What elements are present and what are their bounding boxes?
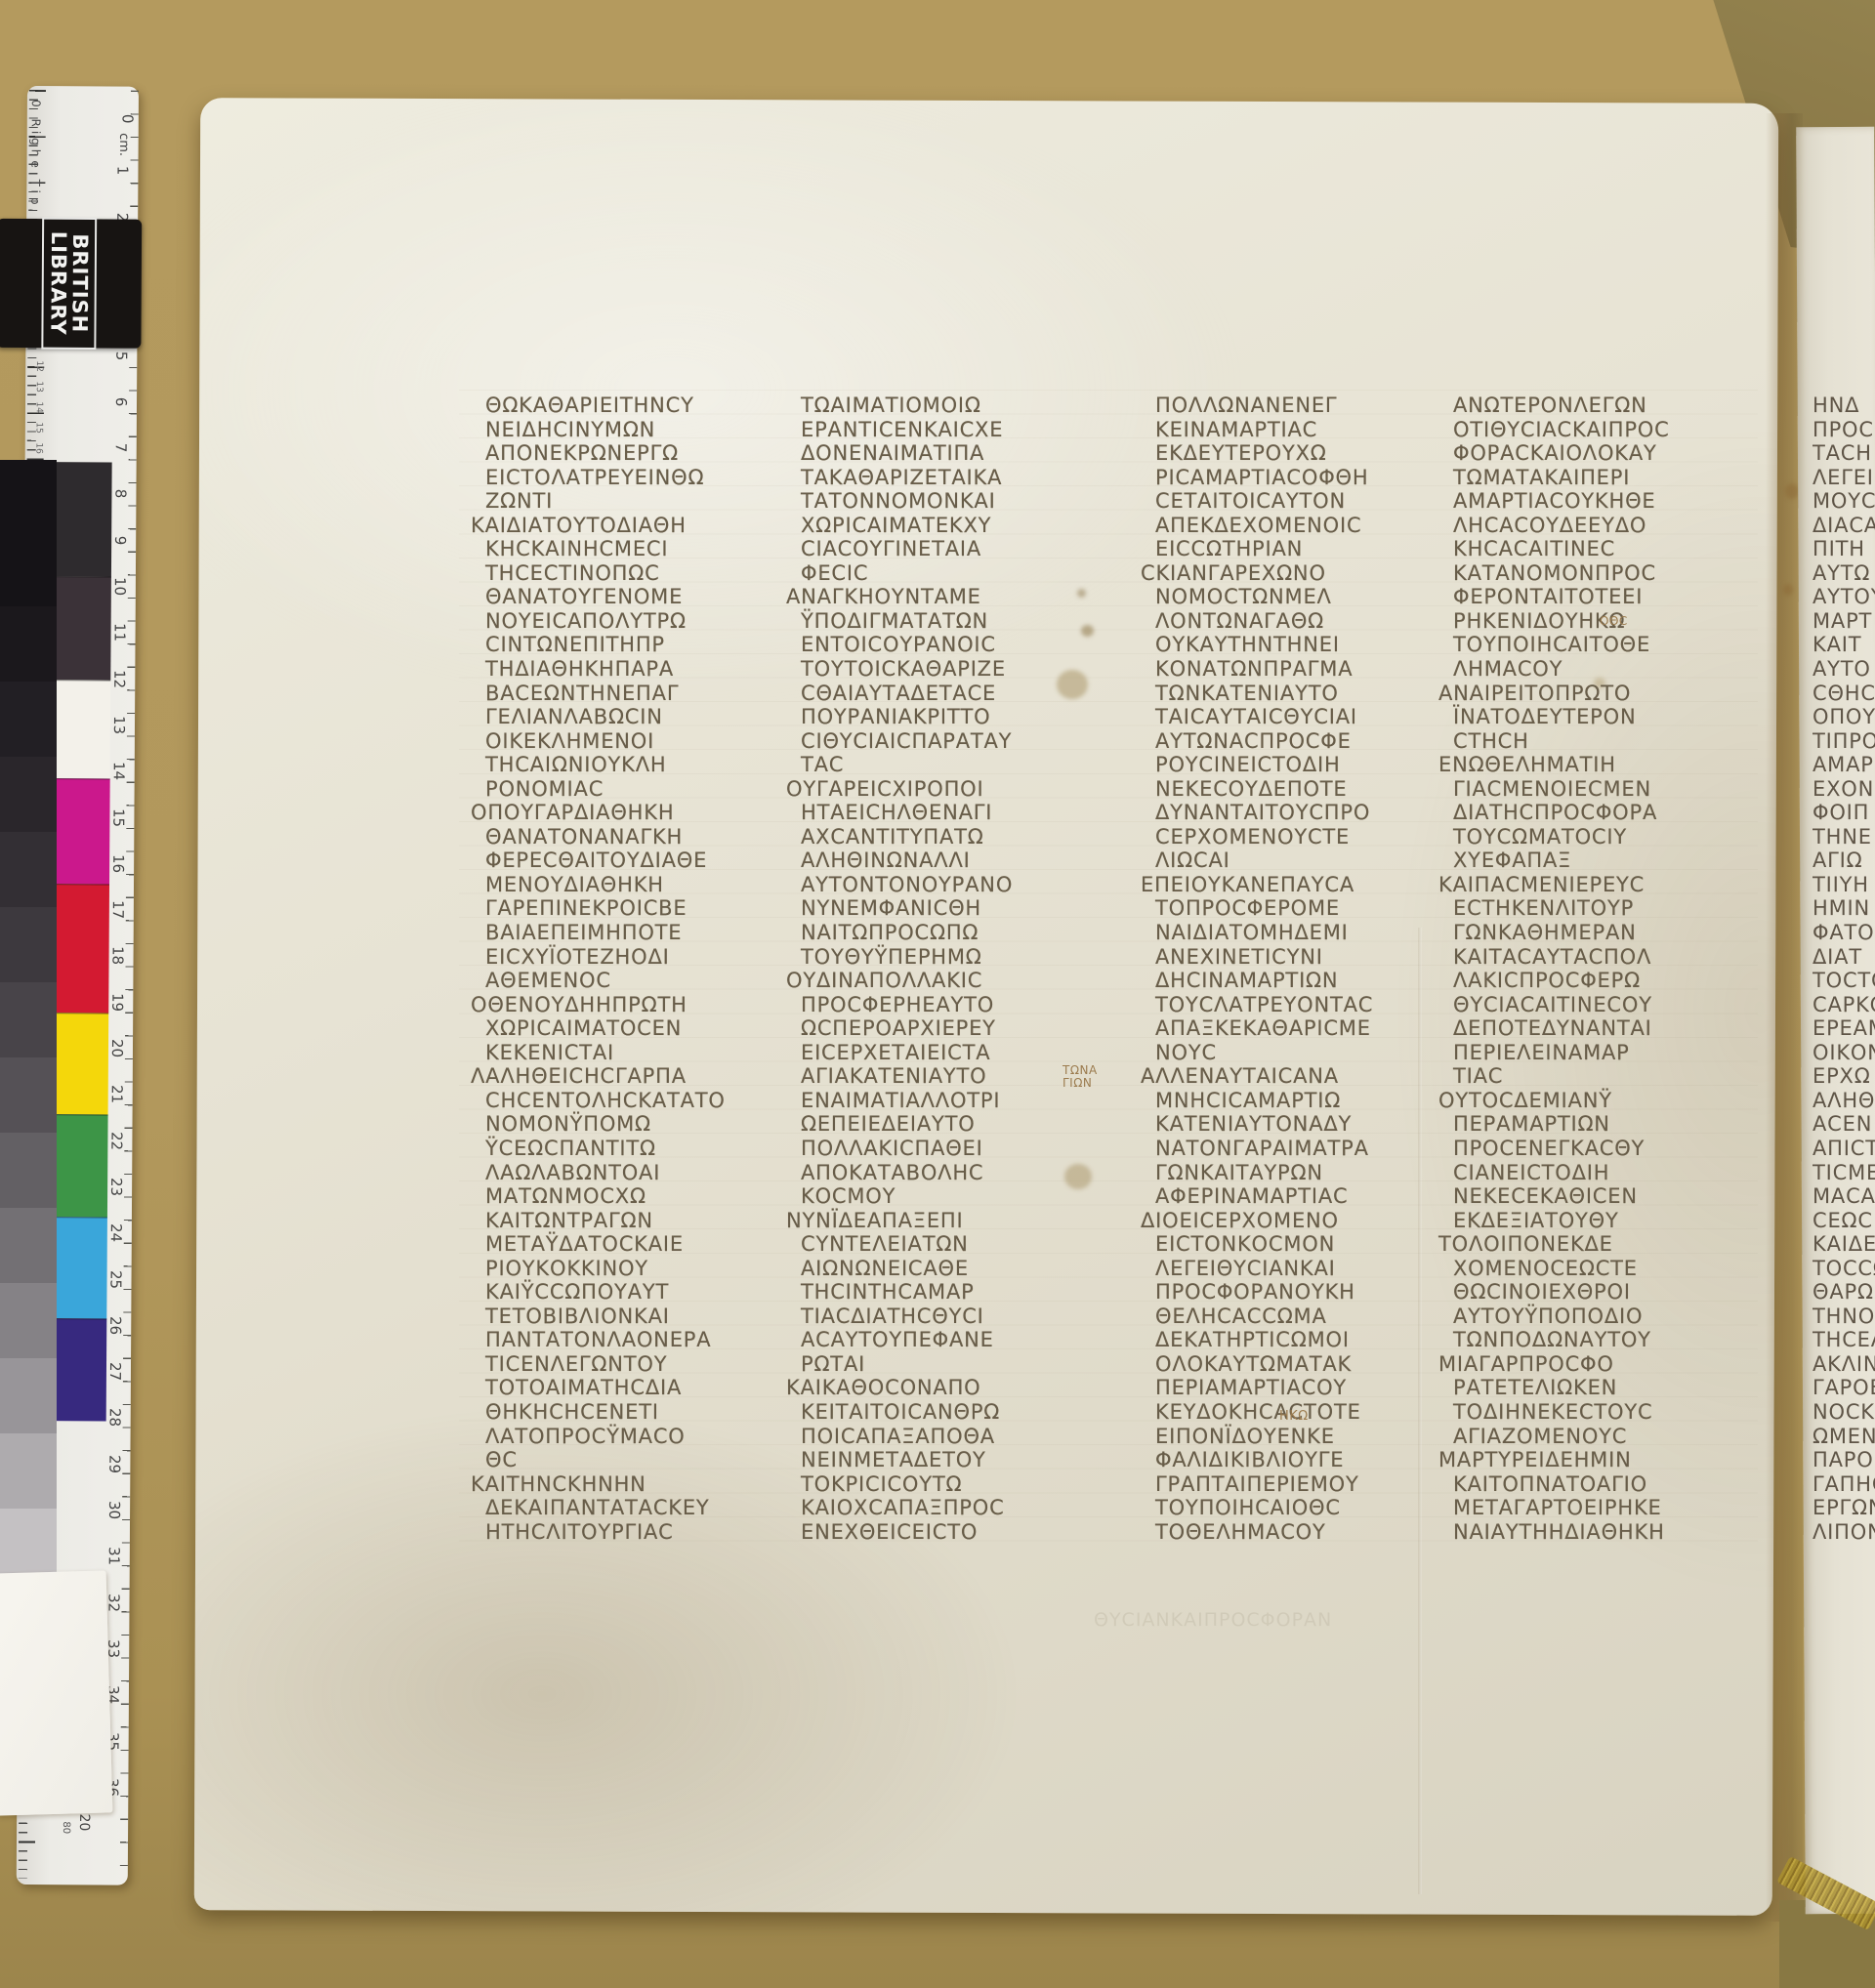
text-line: ΤΙCΜΕ <box>1812 1161 1875 1185</box>
text-line: ΑΛΗΘΙ <box>1812 1089 1875 1113</box>
text-line: ΤΩΝΚΑΤΕΝΙΑΥΤΟ <box>1155 682 1466 706</box>
manuscript-photo-scene: ΘΩΚΑΘΑΡΙΕΙΤΗΝCΥΝΕΙΔΗCΙΝΥΜΩΝΑΠΟΝΕΚΡΩΝΕΡΓΩ… <box>0 0 1875 1988</box>
text-line: ΚΕΙΤΑΙΤΟΙCΑΝΘΡΩ <box>801 1400 1111 1425</box>
ruler-bottom-number: 80 <box>61 1821 71 1834</box>
gray-step <box>0 606 57 682</box>
text-line: CΤΗCΗ <box>1453 729 1764 754</box>
text-line: ΕΙCΧΥΪΟΤΕΖΗΟΔΙ <box>485 945 796 970</box>
text-line: ΤΑΚΑΘΑΡΙΖΕΤΑΙΚΑ <box>801 466 1111 490</box>
ruler-cm-number: 28 <box>106 1407 124 1429</box>
text-line: ΤΙΠΡΟ <box>1812 729 1875 754</box>
text-line: ΟΠΟΥ <box>1812 705 1875 729</box>
text-line: ΕΡΑΝΤΙCΕΝΚΑΙCΧΕ <box>801 418 1111 442</box>
text-line: ΝΟCΚΑ <box>1812 1400 1875 1425</box>
text-line: ΓΕΛΙΑΝΛΑΒΩCΙΝ <box>485 705 796 729</box>
text-line: ΤΗΝΕ <box>1812 825 1875 849</box>
text-line: ΔΙΑΤ <box>1812 945 1875 970</box>
text-line: ΫΠΟΔΙΓΜΑΤΑΤΩΝ <box>801 609 1111 634</box>
gray-step <box>0 832 57 907</box>
text-line: ΫCΕΩCΠΑΝΤΙΤΩ <box>485 1137 796 1161</box>
text-line: ΓΙΑCΜΕΝΟΙΕCΜΕΝ <box>1453 777 1764 802</box>
ruler-zero-label: 0 <box>119 114 137 124</box>
text-line: ΦΕCΙC <box>801 561 1111 586</box>
text-line: ΝΑΙΤΩΠΡΟCΩΠΩ <box>801 921 1111 945</box>
text-line: ΠΕΡΙΑΜΑΡΤΙΑCΟΥ <box>1155 1376 1466 1400</box>
text-line: ΤΑΙCΑΥΤΑΙCΘΥCΙΑΙ <box>1155 705 1466 729</box>
gray-step <box>0 1208 57 1283</box>
text-line: ΤΑCΗ <box>1812 441 1875 466</box>
text-line: ΠΡΟCΕΝΕΓΚΑCΘΥ <box>1453 1137 1764 1161</box>
text-line: ΛΑΤΟΠΡΟCΫΜΑCΟ <box>485 1425 796 1449</box>
text-line: ΚΑΙΤΑCΑΥΤΑCΠΟΛ <box>1453 945 1764 970</box>
text-line: CΙΝΤΩΝΕΠΙΤΗΠΡ <box>485 633 796 657</box>
color-patch <box>48 884 109 1013</box>
text-line: ΒΑCΕΩΝΤΗΝΕΠΑΓ <box>485 682 796 706</box>
text-line: ΗΤΗCΛΙΤΟΥΡΓΙΑC <box>485 1520 796 1545</box>
text-line: ΦΟΡΑCΚΑΙΟΛΟΚΑΥ <box>1453 441 1764 466</box>
interlinear-correction: ΗΚΩ <box>1279 1410 1309 1423</box>
marginal-correction: ΤΩΝΑ ΓΙΩΝ <box>1062 1064 1098 1090</box>
ruler-cm-number: 24 <box>107 1222 125 1244</box>
text-line: ΔΙΟΕΙCΕΡΧΟΜΕΝΟ <box>1141 1209 1466 1233</box>
ruler-number-scale: 1234567891011121314151617181920212223242… <box>27 86 139 87</box>
marginal-correction-line: ΓΙΩΝ <box>1062 1077 1098 1090</box>
next-folio-text-edge: ΗΝΔΠΡΟCΤΑCΗΛΕΓΕΙΜΟΥCΔΙΑCΑΠΙΤΗΑΥΤΩΑΥΤΟΥΜΑ… <box>1812 393 1875 1544</box>
text-line: ΕΡΧΩ <box>1812 1064 1875 1089</box>
text-line: ΛΗCΑCΟΥΔΕΕΥΔΟ <box>1453 514 1764 538</box>
color-patch <box>49 778 110 884</box>
text-line: ΛΙΩCΑΙ <box>1155 849 1466 873</box>
text-line: CΚΙΑΝΓΑΡΕΧΩΝΟ <box>1141 561 1466 586</box>
text-line: ΤΗCΑΙΩΝΙΟΥΚΛΗ <box>485 753 796 777</box>
text-line: ΗΜΙΝ <box>1812 896 1875 921</box>
text-line: ΟΘΕΝΟΥΔΗΗΠΡΩΤΗ <box>471 993 796 1017</box>
text-line: ΑΙΩΝΩΝΕΙCΑΘΕ <box>801 1257 1111 1281</box>
british-library-logo-text: BRITISH LIBRARY <box>41 218 97 350</box>
text-line: ΤΟCΤΟ <box>1812 969 1875 993</box>
ruler-cm-number: 9 <box>111 529 129 551</box>
text-line: ΤΟΘΕΛΗΜΑCΟΥ <box>1155 1520 1466 1545</box>
grayscale-step-tablet <box>0 460 57 1594</box>
text-line: ΑΥΤΟΥ <box>1812 585 1875 609</box>
text-line: ΔΗCΙΝΑΜΑΡΤΙΩΝ <box>1155 969 1466 993</box>
text-line: ΚΑΙΔΙΑΤΟΥΤΟΔΙΑΘΗ <box>471 514 796 538</box>
interlinear-correction: ΟΘC <box>1600 615 1628 628</box>
text-line: ΤΑΤΟΝΝΟΜΟΝΚΑΙ <box>801 489 1111 514</box>
text-line: ΤΟΛΟΙΠΟΝΕΚΔΕ <box>1438 1232 1764 1257</box>
text-line: ΟΥΚΑΥΤΗΝΤΗΝΕΙ <box>1155 633 1466 657</box>
text-line: ΛΕΓΕΙ <box>1812 466 1875 490</box>
gray-step <box>0 1133 57 1208</box>
ruler-small-number: 14 <box>34 401 44 413</box>
ruler-cm-number: 27 <box>106 1361 124 1383</box>
text-line: ΚΑΙΤ <box>1812 633 1875 657</box>
text-line: ΕΧΟΝ <box>1812 777 1875 802</box>
text-line: ΧΩΡΙCΑΙΜΑΤΟCΕΝ <box>485 1016 796 1041</box>
text-line: ΘΥCΙΑCΑΙΤΙΝΕCΟΥ <box>1453 993 1764 1017</box>
text-line: ΤΗCΙΝΤΗCΑΜΑΡ <box>801 1280 1111 1305</box>
text-line: ΡΙΟΥΚΟΚΚΙΝΟΥ <box>485 1257 796 1281</box>
text-line: ΛΙΠΟΝ <box>1812 1520 1875 1545</box>
ruler-cm-number: 30 <box>105 1500 123 1521</box>
text-line: ΡΟΥCΙΝΕΙCΤΟΔΙΗ <box>1155 753 1466 777</box>
gray-step <box>0 1433 57 1509</box>
ruler-cm-number: 19 <box>108 991 126 1013</box>
text-line: ΑΠΟΝΕΚΡΩΝΕΡΓΩ <box>485 441 796 466</box>
text-line: ΚΑΙΤΩΝΤΡΑΓΩΝ <box>485 1209 796 1233</box>
text-line: ΑΠΑΞΚΕΚΑΘΑΡΙCΜΕ <box>1155 1016 1466 1041</box>
ruler-cm-number: 10 <box>111 576 129 598</box>
text-line: ΤΗCΕΛ <box>1812 1328 1875 1352</box>
text-line: ΟΛΟΚΑΥΤΩΜΑΤΑΚ <box>1155 1352 1466 1377</box>
british-library-logo: BRITISH LIBRARY <box>0 219 142 349</box>
text-line: CΕΩC <box>1812 1209 1875 1233</box>
text-line: ΑΥΤΟΝΤΟΝΟΥΡΑΝΟ <box>801 873 1111 897</box>
text-line: ΤΟΔΙΗΝΕΚΕCΤΟΥC <box>1453 1400 1764 1425</box>
text-line: ΕΙΠΟΝΪΔΟΥΕΝΚΕ <box>1155 1425 1466 1449</box>
text-column-1: ΘΩΚΑΘΑΡΙΕΙΤΗΝCΥΝΕΙΔΗCΙΝΥΜΩΝΑΠΟΝΕΚΡΩΝΕΡΓΩ… <box>485 393 796 1544</box>
text-line: ΑΛΗΘΙΝΩΝΑΛΛΙ <box>801 849 1111 873</box>
gray-step <box>0 1057 57 1133</box>
text-line: ΛΗΜΑCΟΥ <box>1453 657 1764 682</box>
text-line: CΙΑΝΕΙCΤΟΔΙΗ <box>1453 1161 1764 1185</box>
gutter-stain <box>1785 483 1799 499</box>
ruler-cm-number: 21 <box>108 1084 126 1105</box>
gray-step <box>0 907 57 982</box>
text-line: ΤΙCΕΝΛΕΓΩΝΤΟΥ <box>485 1352 796 1377</box>
text-line: ΝΕΙΝΜΕΤΑΔΕΤΟΥ <box>801 1448 1111 1472</box>
text-line: ΟΙΚΟΝ <box>1812 1041 1875 1065</box>
text-line: ΤΟΥΤΟΙCΚΑΘΑΡΙΖΕ <box>801 657 1111 682</box>
text-line: ΕΙCCΩΤΗΡΙΑΝ <box>1155 537 1466 561</box>
text-line: ΤΗCΕCΤΙΝΟΠΩC <box>485 561 796 586</box>
text-line: ΕΙCΕΡΧΕΤΑΙΕΙCΤΑ <box>801 1041 1111 1065</box>
ruler-cm-number: 32 <box>104 1592 122 1613</box>
text-line: ΘΑΡΩ <box>1812 1280 1875 1305</box>
text-line: ΚΕΙΝΑΜΑΡΤΙΑC <box>1155 418 1466 442</box>
text-line: ΑΠΕΚΔΕΧΟΜΕΝΟΙC <box>1155 514 1466 538</box>
text-line: ΠΡΟC <box>1812 418 1875 442</box>
text-line: ΕΡΓΩΝ <box>1812 1496 1875 1520</box>
ruler-cm-number: 8 <box>111 483 129 505</box>
text-line: ΠΟΛΛΩΝΑΝΕΝΕΓ <box>1155 393 1466 418</box>
text-line: ΕΙCΤΟΝΚΟCΜΟΝ <box>1155 1232 1466 1257</box>
text-line: ΔΕΠΟΤΕΔΥΝΑΝΤΑΙ <box>1453 1016 1764 1041</box>
ruler-cm-number: 6 <box>112 391 130 412</box>
text-line: ΑΠΟΚΑΤΑΒΟΛΗC <box>801 1161 1111 1185</box>
text-line: ΜΟΥC <box>1812 489 1875 514</box>
text-line: ΟΥΓΑΡΕΙCΧΙΡΟΠΟΙ <box>786 777 1111 802</box>
text-line: CΙΘΥCΙΑΙCΠΑΡΑΤΑΥ <box>801 729 1111 754</box>
text-line: ΤΟΥΠΟΙΗCΑΙΟΘC <box>1155 1496 1466 1520</box>
text-line: ΝΟΥC <box>1155 1041 1466 1065</box>
text-line: ΗΝΔ <box>1812 393 1875 418</box>
text-line: ΦΑΤΟ <box>1812 921 1875 945</box>
text-line: ΚΑΙΚΑΘΟCΟΝΑΠΟ <box>786 1376 1111 1400</box>
text-line: ΡΟΝΟΜΙΑC <box>485 777 796 802</box>
text-line: ΑΥΤΩΝΑCΠΡΟCΦΕ <box>1155 729 1466 754</box>
text-line: ΠΑΝΤΑΤΟΝΛΑΟΝΕΡΑ <box>485 1328 796 1352</box>
text-line: ΚΑΤΑΝΟΜΟΝΠΡΟC <box>1453 561 1764 586</box>
ruler-cm-number: 1 <box>113 160 131 182</box>
gray-step <box>0 982 57 1057</box>
text-line: ΤΕΤΟΒΙΒΛΙΟΝΚΑΙ <box>485 1305 796 1329</box>
text-line: ΟΠΟΥΓΑΡΔΙΑΘΗΚΗ <box>471 801 796 825</box>
text-line: ΚΕΚΕΝΙCΤΑΙ <box>485 1041 796 1065</box>
text-line: ΤΗΔΙΑΘΗΚΗΠΑΡΑ <box>485 657 796 682</box>
text-line: ΑΝΩΤΕΡΟΝΛΕΓΩΝ <box>1453 393 1764 418</box>
text-line: ΓΩΝΚΑΘΗΜΕΡΑΝ <box>1453 921 1764 945</box>
gray-step <box>0 460 57 606</box>
gray-step <box>0 682 57 757</box>
ruler-cm-number: 18 <box>108 945 126 967</box>
ruler-cm-number: 14 <box>110 761 128 782</box>
text-line: ΚΑΙΔΕ <box>1812 1232 1875 1257</box>
text-line: ΝΑΙΔΙΑΤΟΜΗΔΕΜΙ <box>1155 921 1466 945</box>
text-line: ΖΩΝΤΙ <box>485 489 796 514</box>
color-patch <box>51 462 112 576</box>
text-line: ΑCΑΥΤΟΥΠΕΦΑΝΕ <box>801 1328 1111 1352</box>
text-line: ΡΩΤΑΙ <box>801 1352 1111 1377</box>
text-line: ΜΕΝΟΥΔΙΑΘΗΚΗ <box>485 873 796 897</box>
text-line: CΑΡΚΟ <box>1812 993 1875 1017</box>
text-line: ΤΙΑC <box>1453 1064 1764 1089</box>
text-line: ΘΑΝΑΤΟΥΓΕΝΟΜΕ <box>485 585 796 609</box>
ruler-cm-number: 7 <box>112 437 130 459</box>
text-line: ΑΚΛΙΝ <box>1812 1352 1875 1377</box>
text-line: ΤΙΙΥΗ <box>1812 873 1875 897</box>
white-paper-strip <box>0 1570 112 1815</box>
text-line: ΕΙCΤΟΛΑΤΡΕΥΕΙΝΘΩ <box>485 466 796 490</box>
text-line: ΕΝΤΟΙCΟΥΡΑΝΟΙC <box>801 633 1111 657</box>
text-line: ΛΕΓΕΙΘΥCΙΑΝΚΑΙ <box>1155 1257 1466 1281</box>
text-line: ΚΟΝΑΤΩΝΠΡΑΓΜΑ <box>1155 657 1466 682</box>
text-line: ΦΑΛΙΔΙΚΙΒΛΙΟΥΓΕ <box>1155 1448 1466 1472</box>
text-line: ΘΩΚΑΘΑΡΙΕΙΤΗΝCΥ <box>485 393 796 418</box>
text-line: ΩΜΕΝ <box>1812 1425 1875 1449</box>
gray-step <box>0 1283 57 1358</box>
ruler-cm-number: 31 <box>105 1546 123 1567</box>
text-line: ΠΟΥΡΑΝΙΑΚΡΙΤΤΟ <box>801 705 1111 729</box>
text-line: ΝΟΜΟCΤΩΝΜΕΛ <box>1155 585 1466 609</box>
text-line: ΠΕΡΑΜΑΡΤΙΩΝ <box>1453 1112 1764 1137</box>
text-line: ΕΝΑΙΜΑΤΙΑΛΛΟΤΡΙ <box>801 1089 1111 1113</box>
text-line: ΔΙΑΤΗCΠΡΟCΦΟΡΑ <box>1453 801 1764 825</box>
gray-step <box>0 1358 57 1433</box>
text-line: ΟΥΤΟCΔΕΜΙΑΝΫ <box>1438 1089 1764 1113</box>
text-line: ΕΚΔΕΞΙΑΤΟΥΘΥ <box>1453 1209 1764 1233</box>
text-line: ΠΡΟCΦΕΡΗΕΑΥΤΟ <box>801 993 1111 1017</box>
gutter-stain <box>1783 584 1793 596</box>
ink-offset-ghost-text: ΘΥCΙΑΝΚΑΙΠΡΟCΦΟΡΑΝ <box>1094 1609 1332 1631</box>
text-line: ΑΝΑΓΚΗΟΥΝΤΑΜΕ <box>786 585 1111 609</box>
text-line: ΑΓΙΩ <box>1812 849 1875 873</box>
ruler-cm-number: 13 <box>110 714 128 735</box>
ruler-cm-number: 15 <box>109 807 127 828</box>
ruler-small-number: 16 <box>33 442 43 454</box>
text-line: ΕΠΕΙΟΥΚΑΝΕΠΑΥCΑ <box>1141 873 1466 897</box>
text-line: ΤΟΚΡΙCΙCΟΥΤΩ <box>801 1472 1111 1497</box>
text-line: ΦΕΡΟΝΤΑΙΤΟΤΕΕΙ <box>1453 585 1764 609</box>
text-line: ΝΟΜΟΝΫΠΟΜΩ <box>485 1112 796 1137</box>
text-line: CΕΤΑΙΤΟΙCΑΥΤΟΝ <box>1155 489 1466 514</box>
text-line: ΤΩΝΠΟΔΩΝΑΥΤΟΥ <box>1453 1328 1764 1352</box>
text-line: ΓΩΝΚΑΙΤΑΥΡΩΝ <box>1155 1161 1466 1185</box>
text-line: ΔΙΑCΑ <box>1812 514 1875 538</box>
text-line: ΜΑΡΤΥΡΕΙΔΕΗΜΙΝ <box>1438 1448 1764 1472</box>
text-line: ΑΦΕΡΙΝΑΜΑΡΤΙΑC <box>1155 1184 1466 1209</box>
text-line: ΕΡΕΑΜ <box>1812 1016 1875 1041</box>
text-line: ΝΥΝΕΜΦΑΝΙCΘΗ <box>801 896 1111 921</box>
color-patch <box>50 576 111 680</box>
text-column-4: ΑΝΩΤΕΡΟΝΛΕΓΩΝΟΤΙΘΥCΙΑCΚΑΙΠΡΟCΦΟΡΑCΚΑΙΟΛΟ… <box>1453 393 1764 1544</box>
text-line: ΜΕΤΑΫΔΑΤΟCΚΑΙΕ <box>485 1232 796 1257</box>
text-line: ΑΝΕΧΙΝΕΤΙCΥΝΙ <box>1155 945 1466 970</box>
ruler-cm-number: 12 <box>110 668 128 689</box>
ruler-cm-number: 25 <box>106 1268 124 1290</box>
ruler-bottom-number: 20 <box>76 1813 92 1831</box>
text-line: ΤΟΤΟΑΙΜΑΤΗCΔΙΑ <box>485 1376 796 1400</box>
text-line: ΑΛΛΕΝΑΥΤΑΙCΑΝΑ <box>1141 1064 1466 1089</box>
text-line: ΚΑΙΤΟΠΝΑΤΟΑΓΙΟ <box>1453 1472 1764 1497</box>
text-line: ΓΑΡΟΕΠ <box>1812 1376 1875 1400</box>
text-line: ΚΕΥΔΟΚΗCΑCΤΟΤΕ <box>1155 1400 1466 1425</box>
ruler-small-number: 15 <box>34 422 44 434</box>
ruler-cm-number: 26 <box>106 1314 124 1336</box>
text-line: ΧΩΡΙCΑΙΜΑΤΕΚΧΥ <box>801 514 1111 538</box>
text-line: ΛΑΚΙCΠΡΟCΦΕΡΩ <box>1453 969 1764 993</box>
ruler-cm-number: 22 <box>107 1130 125 1151</box>
text-line: ΠΙΤΗ <box>1812 537 1875 561</box>
text-line: ΚΑΙΫCCΩΠΟΥΑΥΤ <box>485 1280 796 1305</box>
text-line: ΝΕΙΔΗCΙΝΥΜΩΝ <box>485 418 796 442</box>
text-line: ΡΙCΑΜΑΡΤΙΑCΟΦΘΗ <box>1155 466 1466 490</box>
text-line: ΟΤΙΘΥCΙΑCΚΑΙΠΡΟC <box>1453 418 1764 442</box>
ruler-cm-number: 11 <box>111 622 129 643</box>
ruler-cm-number: 17 <box>109 899 127 921</box>
text-line: ΤΟΥΘΥΫΠΕΡΗΜΩ <box>801 945 1111 970</box>
text-line: ΧΟΜΕΝΟCΕΩCΤΕ <box>1453 1257 1764 1281</box>
text-column-2: ΤΩΑΙΜΑΤΙΟΜΟΙΩΕΡΑΝΤΙCΕΝΚΑΙCΧΕΔΟΝΕΝΑΙΜΑΤΙΠ… <box>801 393 1111 1544</box>
text-line: ΘΗΚΗCΗCΕΝΕΤΙ <box>485 1400 796 1425</box>
text-line: ΝΑΤΟΝΓΑΡΑΙΜΑΤΡΑ <box>1155 1137 1466 1161</box>
text-line: ΤΗΝΟΜ <box>1812 1305 1875 1329</box>
text-line: ΚΑΙΟΧCΑΠΑΞΠΡΟC <box>801 1496 1111 1520</box>
text-line: ΒΑΙΑΕΠΕΙΜΗΠΟΤΕ <box>485 921 796 945</box>
text-line: ΚΑΙΠΑCΜΕΝΙΕΡΕΥC <box>1438 873 1764 897</box>
ruler-cm-number: 23 <box>107 1176 125 1197</box>
text-line: ΚΗCΑCΑΙΤΙΝΕC <box>1453 537 1764 561</box>
text-line: ΑΘΕΜΕΝΟC <box>485 969 796 993</box>
text-line: ΤΟCCΩΜ <box>1812 1257 1875 1281</box>
text-line: ΑΜΑΡΤΙΑCΟΥΚΗΘΕ <box>1453 489 1764 514</box>
ruler-small-number: 12 <box>34 360 44 372</box>
text-line: ΛΑΛΗΘΕΙCΗCΓΑΡΠΑ <box>471 1064 796 1089</box>
ruler-unit-label: cm. <box>116 133 131 156</box>
text-line: ΔΕΚΑΤΗΡΤΙCΩΜΟΙ <box>1155 1328 1466 1352</box>
text-line: ΤΩΜΑΤΑΚΑΙΠΕΡΙ <box>1453 466 1764 490</box>
text-line: ΝΕΚΕCΕΚΑΘΙCΕΝ <box>1453 1184 1764 1209</box>
text-line: ΩCΠΕΡΟΑΡΧΙΕΡΕΥ <box>801 1016 1111 1041</box>
text-line: ΤΟΥCΛΑΤΡΕΥΟΝΤΑC <box>1155 993 1466 1017</box>
gray-step <box>0 757 57 832</box>
text-line: ΑΓΙΑΖΟΜΕΝΟΥC <box>1453 1425 1764 1449</box>
text-line: ΟΥΔΙΝΑΠΟΛΛΑΚΙC <box>786 969 1111 993</box>
text-line: ΧΥΕΦΑΠΑΞ <box>1453 849 1764 873</box>
text-line: ΑΜΑΡ <box>1812 753 1875 777</box>
text-line: ΑΝΑΙΡΕΙΤΟΠΡΩΤΟ <box>1438 682 1764 706</box>
text-line: ΝΥΝΪΔΕΑΠΑΞΕΠΙ <box>786 1209 1111 1233</box>
text-line: ΛΟΝΤΩΝΑΓΑΘΩ <box>1155 609 1466 634</box>
text-line: ΚΑΤΕΝΙΑΥΤΟΝΑΔΥ <box>1155 1112 1466 1137</box>
text-line: ΑΧCΑΝΤΙΤΥΠΑΤΩ <box>801 825 1111 849</box>
text-column-3: ΠΟΛΛΩΝΑΝΕΝΕΓΚΕΙΝΑΜΑΡΤΙΑCΕΚΔΕΥΤΕΡΟΥΧΩΡΙCΑ… <box>1155 393 1466 1544</box>
text-line: CΥΝΤΕΛΕΙΑΤΩΝ <box>801 1232 1111 1257</box>
text-line: ΓΡΑΠΤΑΙΠΕΡΙΕΜΟΥ <box>1155 1472 1466 1497</box>
text-line: ΤΟΥCΩΜΑΤΟCΙΥ <box>1453 825 1764 849</box>
text-line: ΑΥΤΟΥΫΠΟΠΟΔΙΟ <box>1453 1305 1764 1329</box>
text-line: ΚΑΙΤΗΝCΚΗΝΗΝ <box>471 1472 796 1497</box>
text-line: ΤΩΑΙΜΑΤΙΟΜΟΙΩ <box>801 393 1111 418</box>
text-line: ΘC <box>485 1448 796 1472</box>
text-line: ΠΕΡΙΕΛΕΙΝΑΜΑΡ <box>1453 1041 1764 1065</box>
text-line: ΛΑΩΛΑΒΩΝΤΟΑΙ <box>485 1161 796 1185</box>
text-line: ΘΑΝΑΤΟΝΑΝΑΓΚΗ <box>485 825 796 849</box>
text-line: ΤΟΠΡΟCΦΕΡΟΜΕ <box>1155 896 1466 921</box>
text-line: ΤΙΑCΔΙΑΤΗCΘΥCΙ <box>801 1305 1111 1329</box>
text-line: ΕΝΩΘΕΛΗΜΑΤΙΗ <box>1438 753 1764 777</box>
text-line: ΜΝΗCΙCΑΜΑΡΤΙΩ <box>1155 1089 1466 1113</box>
ruler-cm-number: 16 <box>109 852 127 874</box>
text-line: ΠΟΛΛΑΚΙCΠΑΘΕΙ <box>801 1137 1111 1161</box>
text-line: ΡΑΤΕΤΕΛΙΩΚΕΝ <box>1453 1376 1764 1400</box>
text-line: ΝΑΙΑΥΤΗΗΔΙΑΘΗΚΗ <box>1453 1520 1764 1545</box>
text-line: ΠΟΙCΑΠΑΞΑΠΟΘΑ <box>801 1425 1111 1449</box>
text-line: CΕΡΧΟΜΕΝΟΥCΤΕ <box>1155 825 1466 849</box>
text-line: ΜΑΤΩΝΜΟCΧΩ <box>485 1184 796 1209</box>
text-line: ΔΥΝΑΝΤΑΙΤΟΥCΠΡΟ <box>1155 801 1466 825</box>
text-line: CΘΗC <box>1812 682 1875 706</box>
text-line: ΑΥΤΟ <box>1812 657 1875 682</box>
text-line: ΟΙΚΕΚΛΗΜΕΝΟΙ <box>485 729 796 754</box>
text-line: ΝΕΚΕCΟΥΔΕΠΟΤΕ <box>1155 777 1466 802</box>
text-line: ΕΚΔΕΥΤΕΡΟΥΧΩ <box>1155 441 1466 466</box>
ruler-secondary-scale: 1213141516 <box>27 86 139 87</box>
text-line: ΜΙΑΓΑΡΠΡΟCΦΟ <box>1438 1352 1764 1377</box>
text-line: ΘΕΛΗCΑCCΩΜΑ <box>1155 1305 1466 1329</box>
text-line: CΗCΕΝΤΟΛΗCΚΑΤΑΤΟ <box>485 1089 796 1113</box>
ruler-cm-number: 20 <box>108 1038 126 1059</box>
text-line: ΦΕΡΕCΘΑΙΤΟΥΔΙΑΘΕ <box>485 849 796 873</box>
text-line: ΠΑΡΟΞ <box>1812 1448 1875 1472</box>
text-line: ΩΕΠΕΙΕΔΕΙΑΥΤΟ <box>801 1112 1111 1137</box>
text-line: ΤΑC <box>801 753 1111 777</box>
text-line: ΓΑΡΕΠΙΝΕΚΡΟΙCΒΕ <box>485 896 796 921</box>
text-line: CΘΑΙΑΥΤΑΔΕΤΑCΕ <box>801 682 1111 706</box>
text-line: ΕCΤΗΚΕΝΛΙΤΟΥΡ <box>1453 896 1764 921</box>
text-line: ΘΩCΙΝΟΙΕΧΘΡΟΙ <box>1453 1280 1764 1305</box>
text-line: ΑΠΙCΤ <box>1812 1137 1875 1161</box>
text-line: ΜΑΡΤ <box>1812 609 1875 634</box>
text-line: ΤΟΥΠΟΙΗCΑΙΤΟΘΕ <box>1453 633 1764 657</box>
ruler-small-number: 13 <box>34 381 44 393</box>
ruler-cm-number: 29 <box>105 1453 123 1474</box>
logo-line: BRITISH <box>68 231 91 336</box>
logo-line: LIBRARY <box>47 231 69 336</box>
text-line: ΚΗCΚΑΙΝΗCΜΕCΙ <box>485 537 796 561</box>
text-line: ΔΕΚΑΙΠΑΝΤΑΤΑCΚΕΥ <box>485 1496 796 1520</box>
text-line: CΙΑCΟΥΓΙΝΕΤΑΙΑ <box>801 537 1111 561</box>
